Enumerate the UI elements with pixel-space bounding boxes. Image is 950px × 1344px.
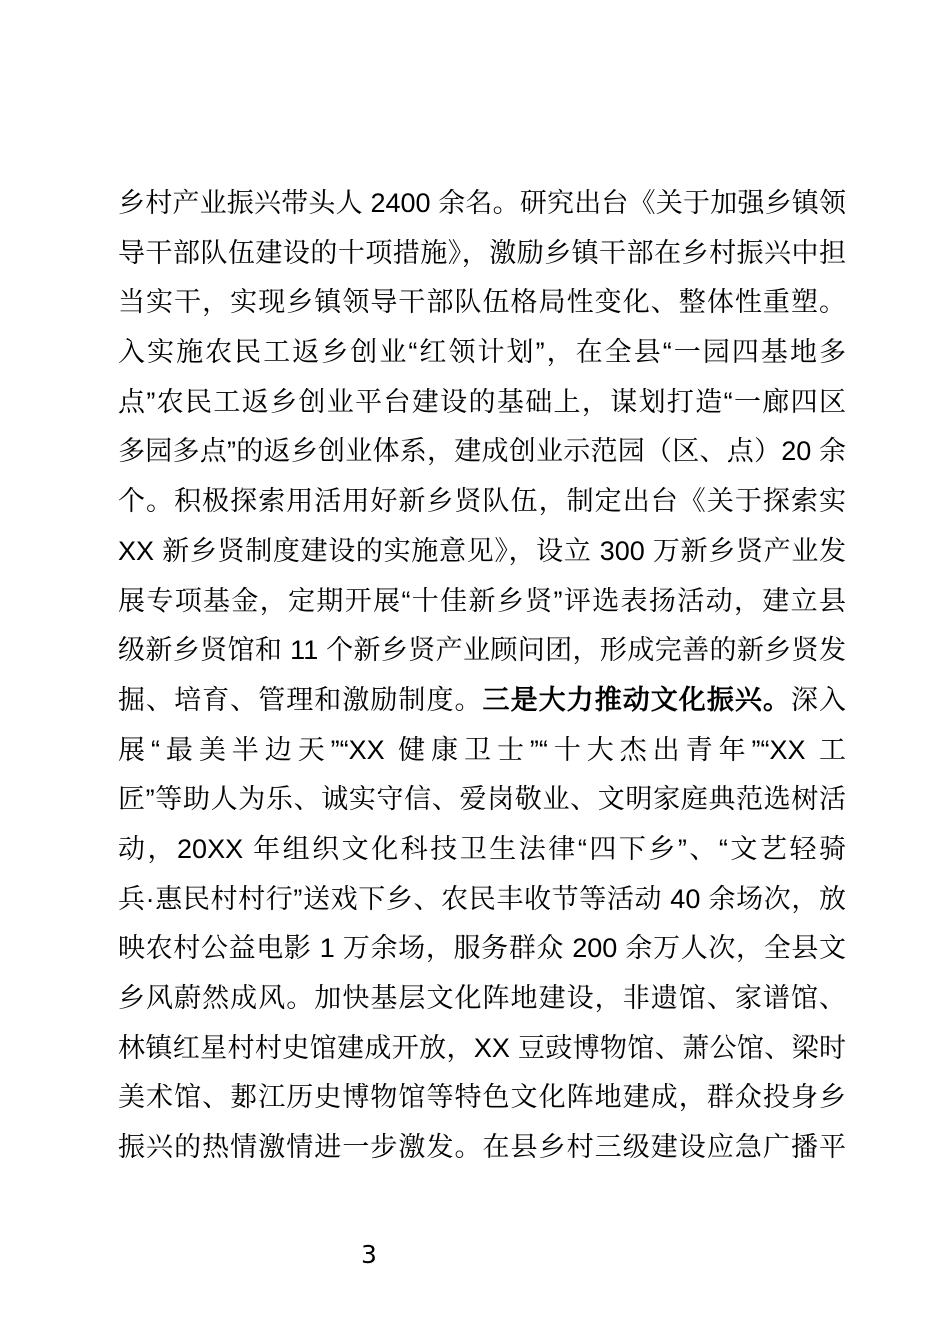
text-segment: 个。积极探索用活用好新乡贤队伍，制定出台《关于探索实施 (118, 486, 846, 527)
text-line: 林镇红星村村史馆建成开放，XX 豆豉博物馆、萧公馆、梁时民 (118, 1024, 846, 1074)
text-segment: 导干部队伍建设的十项措施》，激励乡镇干部在乡村振兴中担 (118, 238, 846, 268)
text-line: 点”农民工返乡创业平台建设的基础上，谋划打造“一廊四区 (118, 378, 846, 428)
text-line: 动，20XX 年组织文化科技卫生法律“四下乡”、“文艺轻骑 (118, 825, 846, 875)
text-line: 展专项基金，定期开展“十佳新乡贤”评选表扬活动，建立县 (118, 577, 846, 627)
text-line: 展“最美半边天”“XX 健康卫士”“十大杰出青年”“XX 工 (118, 726, 846, 776)
text-segment: 入实施农民工返乡创业“红领计划”，在全县“一园四基地多 (118, 337, 846, 367)
text-line: 振兴的热情激情进一步激发。在县乡村三级建设应急广播平台 (118, 1123, 846, 1173)
text-segment: 林镇红星村村史馆建成开放，XX 豆豉博物馆、萧公馆、梁时民 (118, 1033, 846, 1074)
document-body: 乡村产业振兴带头人 2400 余名。研究出台《关于加强乡镇领导干部队伍建设的十项… (118, 179, 846, 1173)
text-segment: 掘、培育、管理和激励制度。 (118, 685, 483, 715)
text-line: 美术馆、郪江历史博物馆等特色文化阵地建成，群众投身乡村 (118, 1073, 846, 1123)
text-line: 入实施农民工返乡创业“红领计划”，在全县“一园四基地多 (118, 328, 846, 378)
text-segment: 级新乡贤馆和 11 个新乡贤产业顾问团，形成完善的新乡贤发 (118, 635, 846, 665)
text-segment: 动，20XX 年组织文化科技卫生法律“四下乡”、“文艺轻骑 (118, 834, 846, 864)
text-segment: 振兴的热情激情进一步激发。在县乡村三级建设应急广播平台 (118, 1132, 846, 1173)
document-page: 乡村产业振兴带头人 2400 余名。研究出台《关于加强乡镇领导干部队伍建设的十项… (0, 0, 950, 1344)
text-segment: 当实干，实现乡镇领导干部队伍格局性变化、整体性重塑。深 (118, 287, 846, 328)
bold-emphasis-heading: 三是大力推动文化振兴。 (483, 685, 791, 715)
text-segment: 乡风蔚然成风。加快基层文化阵地建设，非遗馆、家谱馆、秋 (118, 983, 846, 1024)
text-line: 掘、培育、管理和激励制度。三是大力推动文化振兴。深入开 (118, 676, 846, 726)
text-line: 多园多点”的返乡创业体系，建成创业示范园（区、点）20 余 (118, 427, 846, 477)
text-line: 级新乡贤馆和 11 个新乡贤产业顾问团，形成完善的新乡贤发 (118, 626, 846, 676)
text-segment: 多园多点”的返乡创业体系，建成创业示范园（区、点）20 余 (118, 436, 846, 466)
text-segment: 展专项基金，定期开展“十佳新乡贤”评选表扬活动，建立县 (118, 586, 846, 616)
text-line: 乡风蔚然成风。加快基层文化阵地建设，非遗馆、家谱馆、秋 (118, 974, 846, 1024)
text-segment: 乡村产业振兴带头人 2400 余名。研究出台《关于加强乡镇领 (118, 188, 846, 218)
text-segment: XX 新乡贤制度建设的实施意见》，设立 300 万新乡贤产业发 (118, 536, 846, 566)
text-line: 映农村公益电影 1 万余场，服务群众 200 余万人次，全县文明 (118, 924, 846, 974)
text-line: 当实干，实现乡镇领导干部队伍格局性变化、整体性重塑。深 (118, 278, 846, 328)
text-line: XX 新乡贤制度建设的实施意见》，设立 300 万新乡贤产业发 (118, 527, 846, 577)
text-line: 乡村产业振兴带头人 2400 余名。研究出台《关于加强乡镇领 (118, 179, 846, 229)
text-segment: 匠”等助人为乐、诚实守信、爱岗敬业、文明家庭典范选树活 (118, 784, 846, 814)
text-line: 兵·惠民村村行”送戏下乡、农民丰收节等活动 40 余场次，放 (118, 875, 846, 925)
text-line: 个。积极探索用活用好新乡贤队伍，制定出台《关于探索实施 (118, 477, 846, 527)
text-segment: 展“最美半边天”“XX 健康卫士”“十大杰出青年”“XX 工 (118, 735, 846, 765)
text-line: 匠”等助人为乐、诚实守信、爱岗敬业、文明家庭典范选树活 (118, 775, 846, 825)
page-number: 3 (361, 1238, 401, 1272)
text-segment: 美术馆、郪江历史博物馆等特色文化阵地建成，群众投身乡村 (118, 1082, 846, 1123)
text-segment: 兵·惠民村村行”送戏下乡、农民丰收节等活动 40 余场次，放 (118, 884, 846, 914)
text-line: 导干部队伍建设的十项措施》，激励乡镇干部在乡村振兴中担 (118, 229, 846, 279)
text-segment: 映农村公益电影 1 万余场，服务群众 200 余万人次，全县文明 (118, 933, 846, 974)
text-segment: 点”农民工返乡创业平台建设的基础上，谋划打造“一廊四区 (118, 387, 846, 417)
